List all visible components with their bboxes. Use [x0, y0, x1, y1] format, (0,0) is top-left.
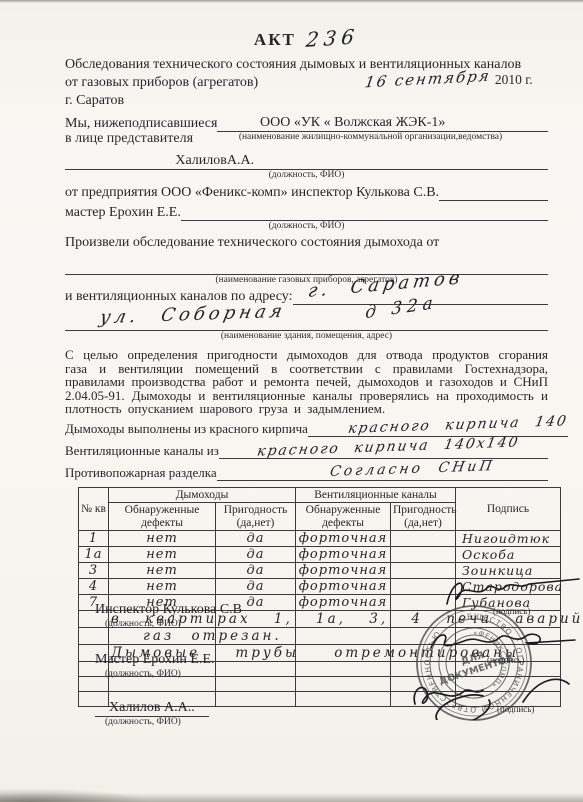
cell-smoke-defects: нет [109, 579, 216, 595]
smoke-material-line: Дымоходы выполнены из красного кирпича к… [65, 418, 548, 437]
signature-header: Подпись [456, 487, 561, 531]
appliances-caption: (наименование газовых приборов, агрегато… [65, 275, 548, 286]
act-title: АКТ [254, 30, 296, 49]
enterprise-text: от предприятия ООО «Феникс-комп» инспект… [65, 184, 439, 201]
vent-fitness-header: Пригодность (да,нет) [391, 503, 456, 531]
col-no-header: № кв [79, 487, 109, 531]
vent-material-handwritten: красного кирпича 140х140 [256, 434, 521, 460]
vent-material-line: Вентиляционные каналы из красного кирпич… [65, 440, 548, 459]
we-label: Мы, нижеподписавшиеся [65, 115, 217, 132]
street-blank: ул. Соборная д 32а [65, 314, 548, 331]
representative-name-text: Халилов А.А.. [95, 700, 209, 717]
cell-smoke-defects: нет [109, 547, 216, 563]
representative-name: ХалиловА.А. [175, 152, 254, 169]
survey-line: Произвели обследование технического сост… [65, 234, 548, 252]
position-caption-1: (должность, ФИО) [65, 170, 548, 181]
cell-vent-fitness [391, 531, 456, 547]
date-handwritten: 16 сентября [364, 67, 493, 92]
cell-smoke-defects: нет [109, 531, 216, 547]
street-line: ул. Соборная д 32а [65, 314, 548, 331]
address-caption: (наименование здания, помещения, адрес) [65, 331, 548, 342]
scanned-act-document: АКТ236 16 сентября 2010 г. Обследования … [0, 0, 583, 802]
cell-vent-defects: форточная [296, 531, 391, 547]
cell-smoke-fitness: да [216, 579, 296, 595]
smoke-material-label: Дымоходы выполнены из красного кирпича [65, 420, 308, 437]
table-header-row-1: № кв Дымоходы Вентиляционные каналы Подп… [79, 487, 561, 503]
inspector-block: Инспектор Кулькова С.В (должность, ФИО) [95, 602, 355, 630]
org-name-blank: ООО «УК « Волжская ЖЭК-1» [217, 114, 548, 132]
fire-cut-handwritten: Согласно СНиП [329, 458, 496, 481]
smoke-group-header: Дымоходы [109, 487, 296, 503]
inspector-caption: (должность, ФИО) [95, 618, 355, 630]
smoke-material-blank: красного кирпича 140 [308, 418, 568, 437]
stamp-and-signatures: ОБЩЕСТВО С ОГРАНИЧЕННОЙ ОТВЕТСТВЕННОСТЬЮ… [393, 576, 583, 751]
act-number-handwritten: 236 [305, 24, 361, 52]
signature-caption-3: (подпись) [497, 704, 534, 714]
representative-label: в лице представителя [65, 132, 193, 146]
position-caption-2: (должность, ФИО) [65, 221, 548, 232]
position-caption-row-1: (должность, ФИО) [65, 170, 548, 181]
cell-no: 1 [79, 531, 109, 547]
position-caption-row-2: (должность, ФИО) [65, 221, 548, 232]
table-row: 1а нет да форточная Оскоба [79, 547, 561, 563]
appliances-blank-line [65, 258, 548, 275]
cell-vent-defects: форточная [296, 579, 391, 595]
cell-no: 1а [79, 547, 109, 563]
table-row: 1 нет да форточная Нигоидтюк [79, 531, 561, 547]
signature-caption-1: (подпись) [493, 606, 530, 616]
address-caption-row: (наименование здания, помещения, адрес) [65, 331, 548, 342]
fire-cut-line: Противопожарная разделка Согласно СНиП [65, 462, 548, 481]
representative-line: ХалиловА.А. [65, 152, 548, 170]
cell-smoke-fitness: да [216, 531, 296, 547]
cell-smoke-defects: нет [109, 563, 216, 579]
fire-cut-blank: Согласно СНиП [217, 462, 548, 481]
date-block: 16 сентября 2010 г. [365, 70, 533, 89]
cell-vent-defects: форточная [296, 563, 391, 579]
representative-blank: ХалиловА.А. [65, 152, 548, 170]
smoke-defects-header: Обнаруженные дефекты [109, 503, 216, 531]
vent-group-header: Вентиляционные каналы [296, 487, 456, 503]
cell-no: 4 [79, 579, 109, 595]
master-caption: (должность, ФИО) [95, 668, 355, 680]
scan-edge-top [0, 0, 583, 3]
cell-no: 3 [79, 563, 109, 579]
handwritten-signature-3 [407, 672, 579, 720]
vent-material-label: Вентиляционные каналы из [65, 442, 219, 459]
title-row: АКТ236 [65, 26, 548, 50]
representative-name-footer: Халилов А.А.. [95, 700, 355, 716]
org-caption: (наименование жилищно-коммунальной орган… [193, 132, 548, 146]
scan-edge-bottom [0, 793, 583, 802]
appliances-blank [65, 258, 548, 275]
master-blank [181, 204, 548, 221]
address-line: и вентиляционных каналов по адресу: г. С… [65, 288, 548, 305]
cell-vent-fitness [391, 547, 456, 563]
date-typed: 2010 г. [495, 72, 533, 87]
fire-cut-label: Противопожарная разделка [65, 464, 217, 481]
cell-signature: Оскоба [456, 547, 561, 563]
purpose-paragraph: С целью определения пригодности дымоходо… [65, 348, 548, 416]
cell-vent-defects: форточная [296, 547, 391, 563]
representative-caption: (должность, ФИО) [95, 716, 355, 728]
footer-signatories: Инспектор Кулькова С.В (должность, ФИО) … [95, 602, 355, 743]
address-street-handwritten: ул. Соборная [98, 303, 287, 327]
smoke-material-handwritten: красного кирпича 140 [347, 413, 570, 438]
inspector-name: Инспектор Кулькова С.В [95, 602, 355, 618]
signature-caption-2: (подпись) [487, 655, 524, 665]
master-block: Мастер Ерохин Е.Е. (должность, ФИО) [95, 652, 355, 680]
city-line: г. Саратов [65, 92, 548, 110]
master-line: мастер Ерохин Е.Е. [65, 204, 548, 221]
enterprise-blank [439, 184, 548, 201]
master-text: мастер Ерохин Е.Е. [65, 204, 181, 221]
vent-material-blank: красного кирпича 140х140 [219, 440, 548, 459]
smoke-fitness-header: Пригодность (да,нет) [216, 503, 296, 531]
enterprise-line: от предприятия ООО «Феникс-комп» инспект… [65, 184, 548, 201]
cell-smoke-fitness: да [216, 547, 296, 563]
cell-smoke-fitness: да [216, 563, 296, 579]
vent-defects-header: Обнаруженные дефекты [296, 503, 391, 531]
appliances-caption-row: (наименование газовых приборов, агрегато… [65, 275, 548, 286]
org-caption-row: в лице представителя (наименование жилищ… [65, 132, 548, 146]
cell-signature: Нигоидтюк [456, 531, 561, 547]
signatories-line: Мы, нижеподписавшиеся ООО «УК « Волжская… [65, 114, 548, 132]
master-name: Мастер Ерохин Е.Е. [95, 652, 355, 668]
org-name: ООО «УК « Волжская ЖЭК-1» [260, 114, 445, 131]
representative-block: Халилов А.А.. (должность, ФИО) [95, 700, 355, 728]
